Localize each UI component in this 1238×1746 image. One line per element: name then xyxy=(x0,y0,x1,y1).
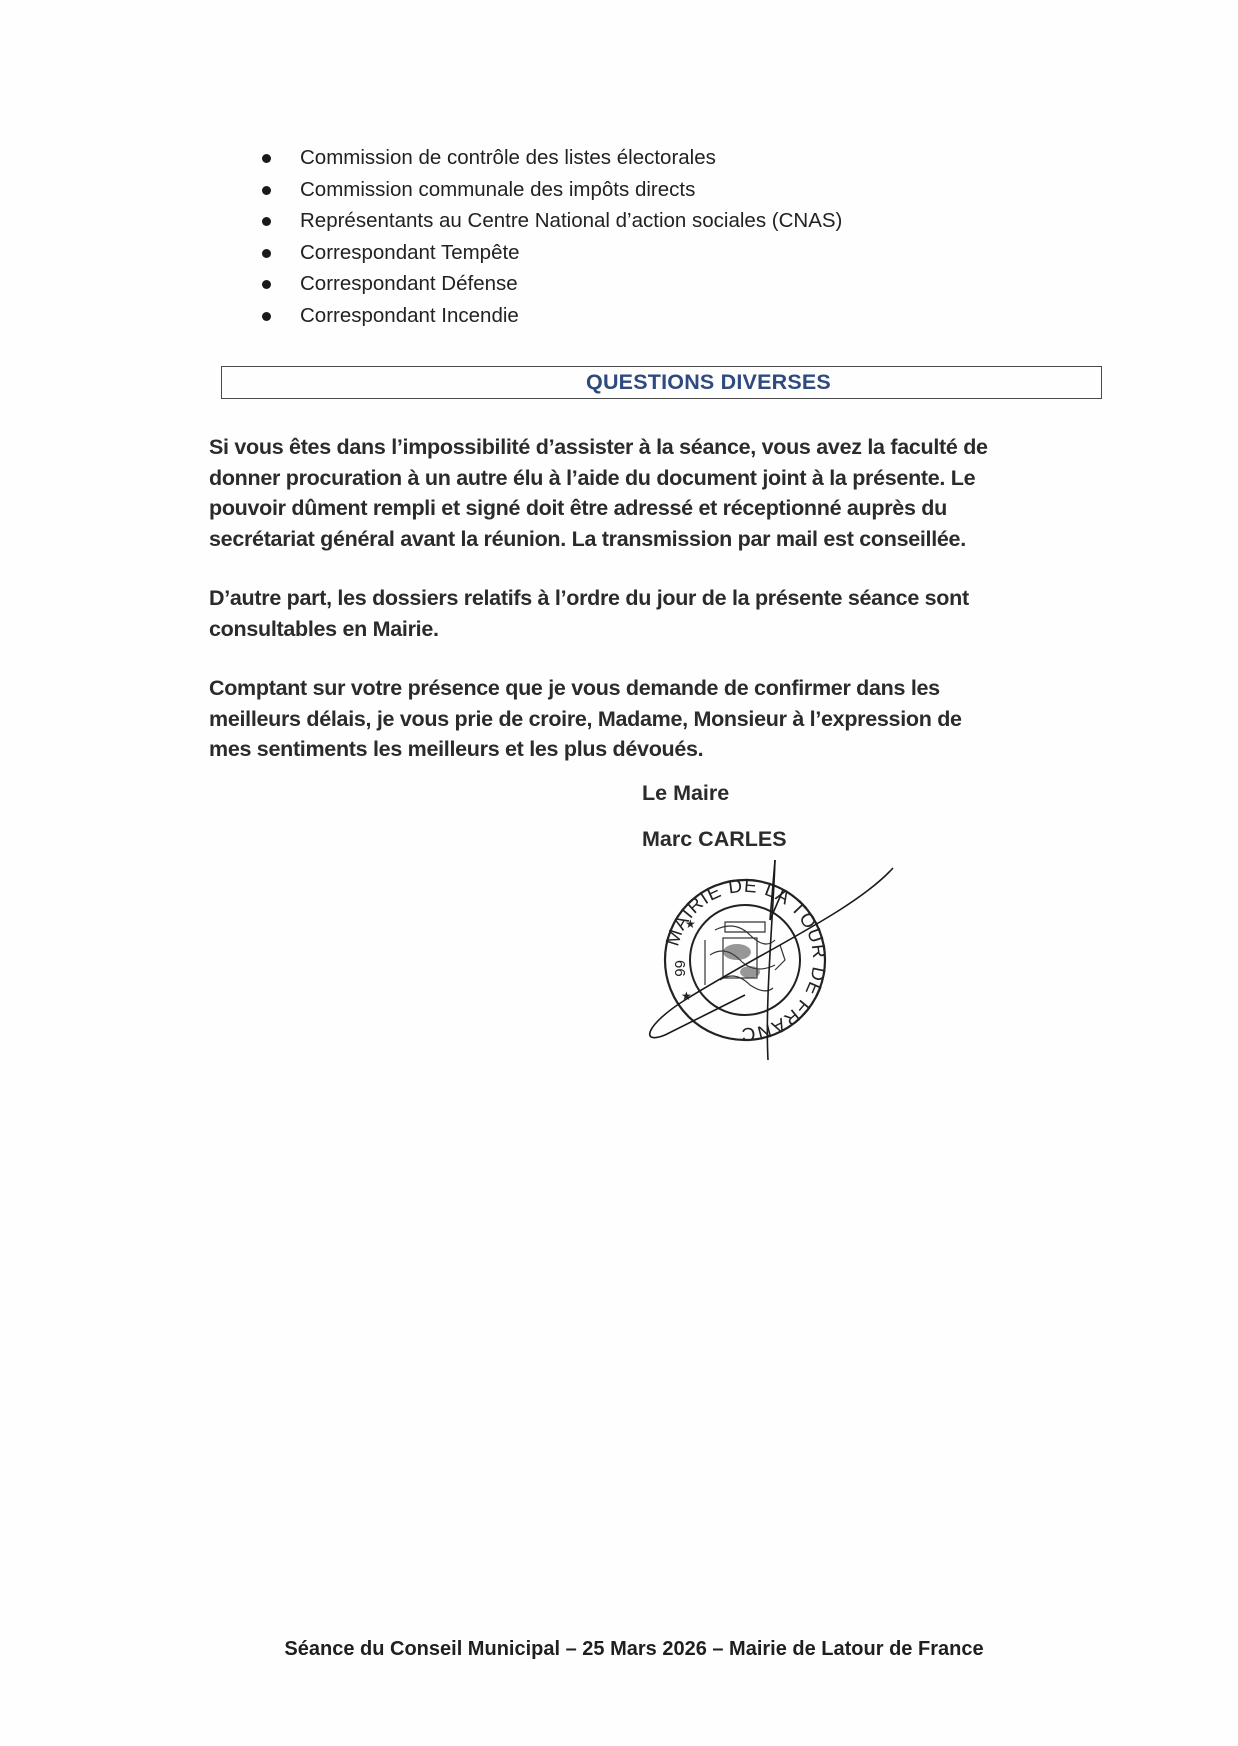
section-header-box: QUESTIONS DIVERSES xyxy=(221,366,1102,399)
list-item: Commission communale des impôts directs xyxy=(258,174,842,206)
list-item: Correspondant Défense xyxy=(258,268,842,300)
list-item-text: Représentants au Centre National d’actio… xyxy=(300,209,842,232)
files-paragraph: D’autre part, les dossiers relatifs à l’… xyxy=(209,583,1109,644)
bullet-icon xyxy=(262,249,271,258)
bullet-icon xyxy=(262,312,271,321)
signature-name: Marc CARLES xyxy=(642,827,787,852)
bullet-icon xyxy=(262,217,271,226)
list-item-text: Commission de contrôle des listes électo… xyxy=(300,146,716,169)
list-item: Correspondant Tempête xyxy=(258,237,842,269)
list-item-text: Correspondant Tempête xyxy=(300,241,520,264)
section-title: QUESTIONS DIVERSES xyxy=(586,367,831,398)
official-stamp-icon: MAIRIE DE LA TOUR DE FRANCE 66 ★ ★ xyxy=(625,860,905,1060)
list-item: Commission de contrôle des listes électo… xyxy=(258,142,842,174)
bullet-icon xyxy=(262,186,271,195)
svg-text:★: ★ xyxy=(685,917,696,931)
list-item-text: Commission communale des impôts directs xyxy=(300,178,695,201)
closing-paragraph: Comptant sur votre présence que je vous … xyxy=(209,673,1109,765)
page-footer: Séance du Conseil Municipal – 25 Mars 20… xyxy=(0,1638,1238,1661)
document-page: Commission de contrôle des listes électo… xyxy=(0,0,1238,1746)
bullet-icon xyxy=(262,154,271,163)
signature-role: Le Maire xyxy=(642,781,729,806)
bullet-icon xyxy=(262,280,271,289)
list-item: Correspondant Incendie xyxy=(258,300,842,332)
commission-list: Commission de contrôle des listes électo… xyxy=(258,142,842,332)
proxy-paragraph: Si vous êtes dans l’impossibilité d’assi… xyxy=(209,432,1109,554)
list-item-text: Correspondant Incendie xyxy=(300,304,519,327)
svg-text:66: 66 xyxy=(671,960,688,977)
list-item: Représentants au Centre National d’actio… xyxy=(258,205,842,237)
list-item-text: Correspondant Défense xyxy=(300,272,518,295)
